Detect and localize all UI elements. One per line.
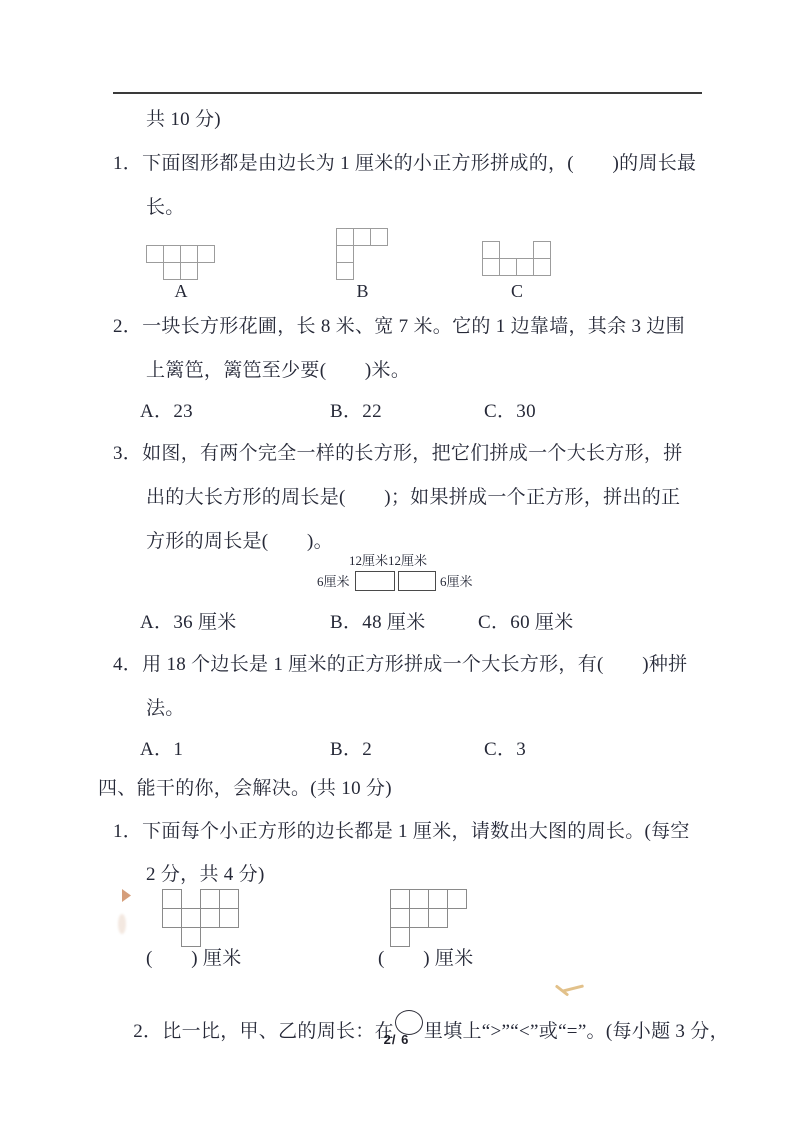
grid-cell	[163, 262, 181, 280]
grid-cell	[533, 258, 551, 276]
q3-option-c: C．60 厘米	[478, 610, 574, 635]
grid-cell	[409, 889, 429, 909]
score-note: 共 10 分)	[146, 107, 221, 132]
scan-artifact-triangle	[122, 889, 131, 902]
q1-line2: 长。	[146, 195, 185, 220]
q2-option-a: A．23	[140, 399, 193, 424]
figure-a-grid	[146, 245, 216, 281]
q4-option-a: A．1	[140, 737, 183, 762]
grid-cell	[336, 262, 354, 280]
grid-cell	[163, 245, 181, 263]
sec4-q1-line1: 1．下面每个小正方形的边长都是 1 厘米，请数出大图的周长。(每空	[113, 819, 690, 844]
q2-line2: 上篱笆，篱笆至少要( )米。	[146, 358, 410, 383]
grid-cell	[180, 245, 198, 263]
grid-cell	[200, 889, 220, 909]
sec4-figure-left-grid	[162, 889, 240, 948]
figure-a-label: A	[146, 281, 216, 302]
scan-artifact-smudge	[118, 914, 126, 934]
grid-cell	[428, 889, 448, 909]
grid-cell	[447, 889, 467, 909]
page-number: 2/ 6	[0, 1032, 793, 1047]
grid-cell	[219, 908, 239, 928]
grid-cell	[482, 241, 500, 259]
grid-cell	[353, 228, 371, 246]
q3-line2: 出的大长方形的周长是( )；如果拼成一个正方形，拼出的正	[146, 485, 680, 510]
grid-cell	[499, 258, 517, 276]
sec4-figure-right-grid	[390, 889, 468, 948]
q4-line1: 4．用 18 个边长是 1 厘米的正方形拼成一个大长方形，有( )种拼	[113, 652, 687, 677]
scan-artifact-check-stroke	[562, 984, 584, 992]
worksheet-page: 共 10 分) 1．下面图形都是由边长为 1 厘米的小正方形拼成的，( )的周长…	[0, 0, 793, 1122]
sec4-q1-answer-left: ( ) 厘米	[146, 946, 242, 971]
q4-option-b: B．2	[330, 737, 372, 762]
scan-artifact-check	[552, 980, 586, 1000]
q3-line3: 方形的周长是( )。	[146, 529, 333, 554]
sec4-q1-line2: 2 分，共 4 分)	[146, 862, 265, 887]
grid-cell	[409, 908, 429, 928]
q2-option-b: B．22	[330, 399, 382, 424]
q3-diagram-right-label: 6厘米	[440, 574, 473, 589]
grid-cell	[200, 908, 220, 928]
grid-cell	[146, 245, 164, 263]
grid-cell	[181, 927, 201, 947]
grid-cell	[197, 245, 215, 263]
q3-rectangle-1	[355, 571, 395, 591]
q3-diagram-left-label: 6厘米	[317, 574, 350, 589]
grid-cell	[180, 262, 198, 280]
figure-b-grid	[336, 228, 389, 281]
section4-heading: 四、能干的你，会解决。(共 10 分)	[98, 776, 392, 801]
q2-line1: 2．一块长方形花圃，长 8 米、宽 7 米。它的 1 边靠墙，其余 3 边围	[113, 314, 685, 339]
q4-line2: 法。	[146, 696, 185, 721]
q3-option-a: A．36 厘米	[140, 610, 237, 635]
figure-c-grid	[482, 241, 552, 277]
grid-cell	[162, 889, 182, 909]
grid-cell	[336, 245, 354, 263]
sec4-q1-answer-right: ( ) 厘米	[378, 946, 474, 971]
q3-diagram-top-label: 12厘米12厘米	[349, 553, 427, 568]
q3-option-b: B．48 厘米	[330, 610, 426, 635]
grid-cell	[390, 927, 410, 947]
q3-rectangle-2	[398, 571, 436, 591]
grid-cell	[181, 908, 201, 928]
q3-line1: 3．如图，有两个完全一样的长方形，把它们拼成一个大长方形，拼	[113, 441, 683, 466]
q4-option-c: C．3	[484, 737, 526, 762]
sec4-q2-line: 2．比一比，甲、乙的周长：在里填上“>”“<”或“=”。(每小题 3 分，	[113, 985, 729, 1069]
top-divider-line	[113, 92, 702, 94]
grid-cell	[482, 258, 500, 276]
grid-cell	[390, 908, 410, 928]
q1-line1: 1．下面图形都是由边长为 1 厘米的小正方形拼成的，( )的周长最	[113, 151, 696, 176]
grid-cell	[533, 241, 551, 259]
figure-b-label: B	[336, 281, 389, 302]
grid-cell	[516, 258, 534, 276]
grid-cell	[162, 908, 182, 928]
grid-cell	[336, 228, 354, 246]
grid-cell	[390, 889, 410, 909]
q2-option-c: C．30	[484, 399, 536, 424]
figure-c-label: C	[482, 281, 552, 302]
grid-cell	[219, 889, 239, 909]
grid-cell	[428, 908, 448, 928]
grid-cell	[370, 228, 388, 246]
